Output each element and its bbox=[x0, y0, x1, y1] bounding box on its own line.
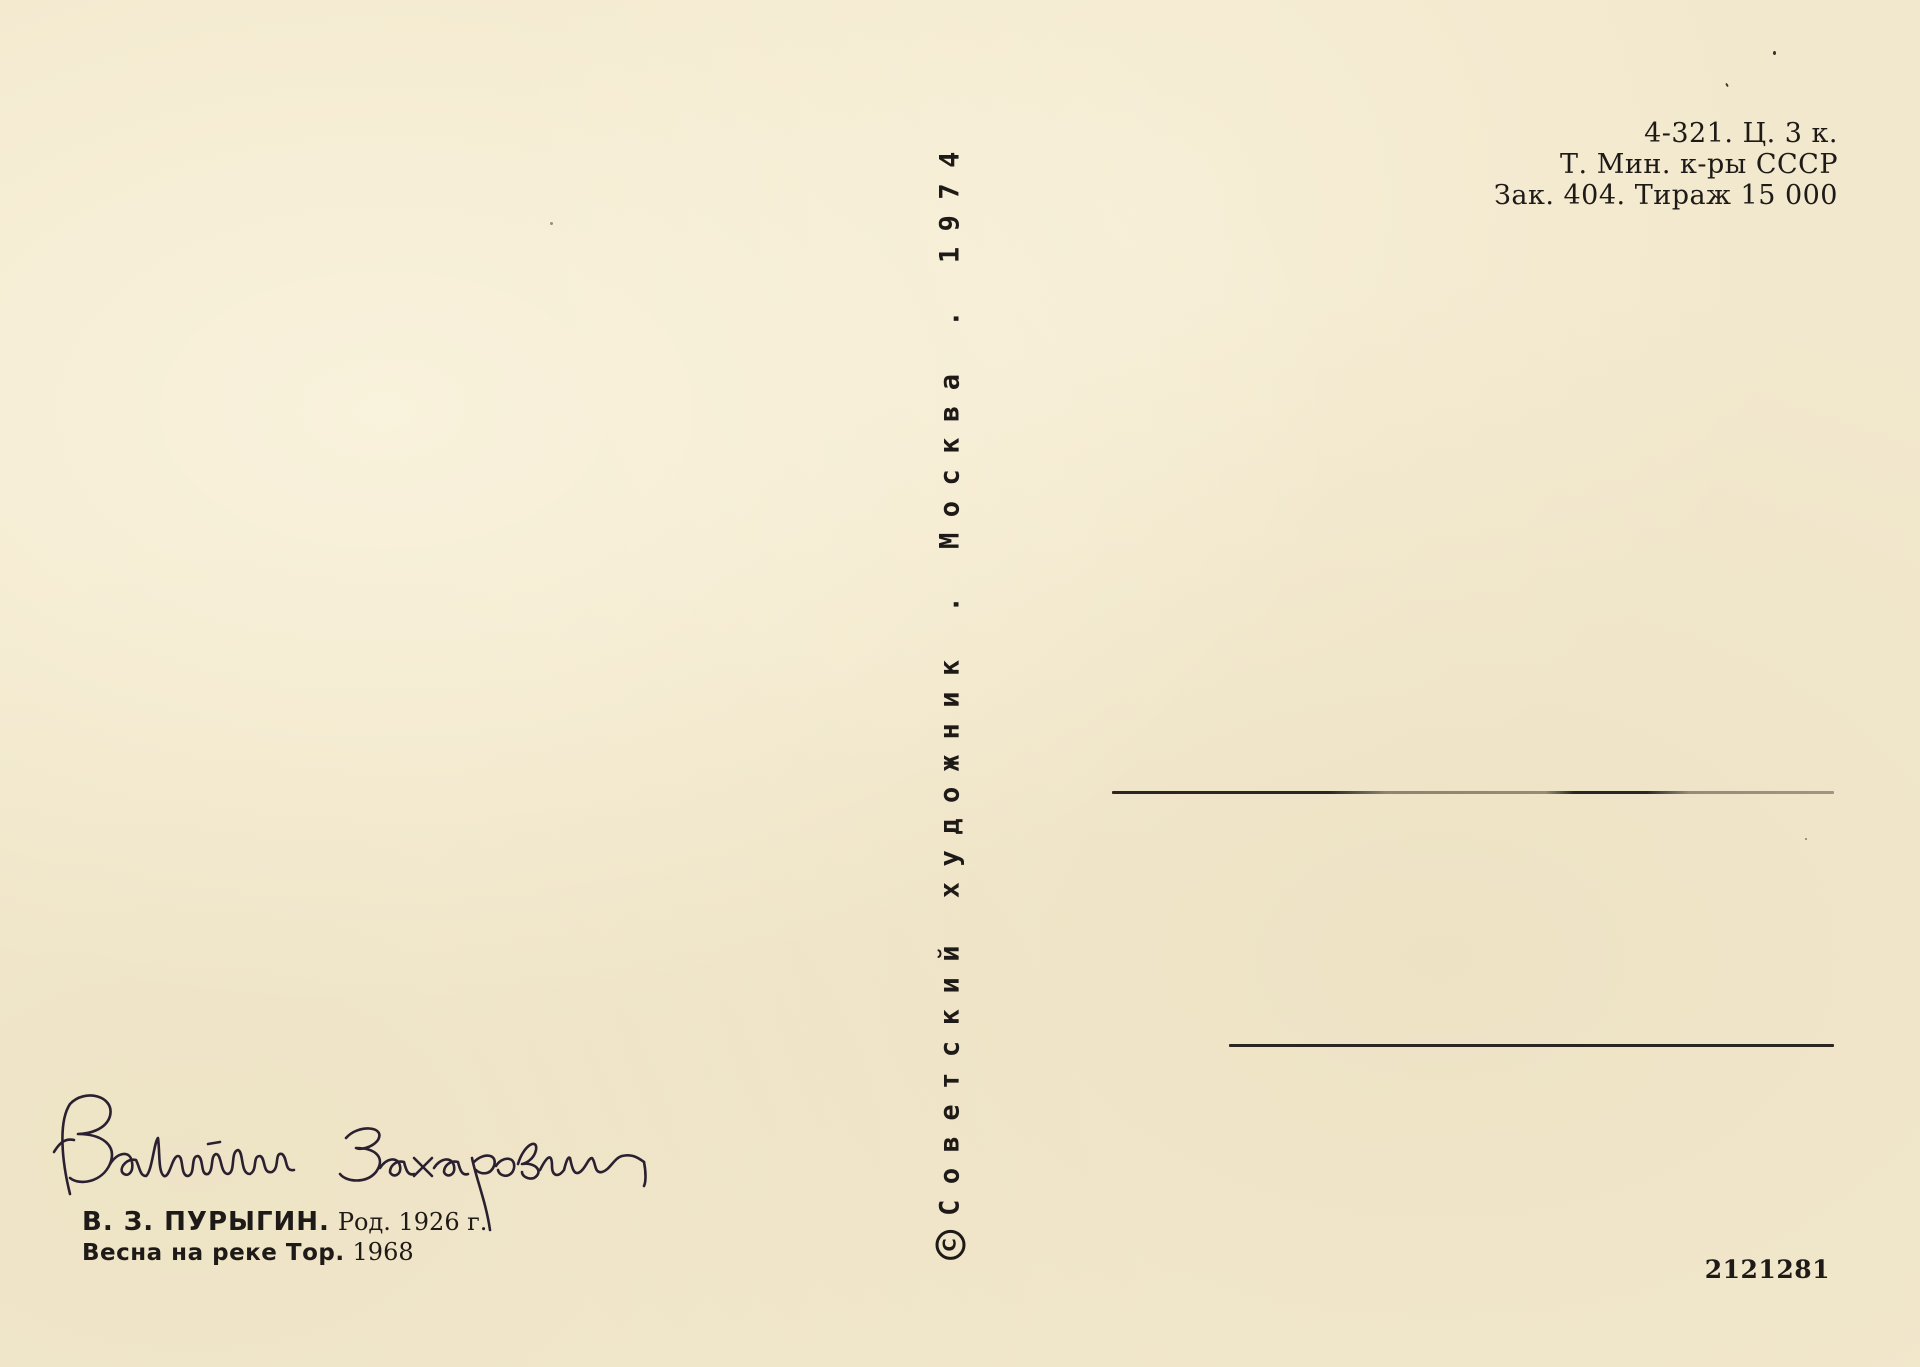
artwork-year: 1968 bbox=[353, 1238, 414, 1266]
artist-name: В. З. ПУРЫГИН. bbox=[82, 1207, 330, 1237]
publisher-text: C Советский художник . Москва . 1974 bbox=[935, 136, 966, 1260]
address-line-1 bbox=[1112, 791, 1834, 794]
paper-speck bbox=[1773, 51, 1776, 55]
postcard-back: 4-321. Ц. 3 к. Т. Мин. к-ры СССР Зак. 40… bbox=[0, 0, 1920, 1367]
imprint-order-line: Зак. 404. Тираж 15 000 bbox=[1494, 180, 1838, 211]
copyright-icon: C bbox=[935, 1230, 965, 1260]
address-line-2 bbox=[1229, 1044, 1834, 1047]
artwork-caption: В. З. ПУРЫГИН. Род. 1926 г. Весна на рек… bbox=[82, 1207, 487, 1268]
artwork-title: Весна на реке Тор. bbox=[82, 1240, 345, 1266]
publisher-divider: C Советский художник . Москва . 1974 bbox=[920, 118, 980, 1278]
imprint-printer-line: Т. Мин. к-ры СССР bbox=[1494, 149, 1838, 180]
artist-birth-year: Род. 1926 г. bbox=[338, 1208, 488, 1236]
catalog-number: 2121281 bbox=[1705, 1255, 1830, 1284]
imprint-price-line: 4-321. Ц. 3 к. bbox=[1494, 118, 1838, 149]
print-imprint: 4-321. Ц. 3 к. Т. Мин. к-ры СССР Зак. 40… bbox=[1494, 118, 1838, 211]
artist-line: В. З. ПУРЫГИН. Род. 1926 г. bbox=[82, 1207, 487, 1237]
paper-speck bbox=[1805, 838, 1807, 840]
publisher-label: Советский художник . Москва . 1974 bbox=[935, 136, 966, 1216]
paper-speck bbox=[550, 222, 553, 225]
paper-speck bbox=[1725, 83, 1729, 87]
artwork-line: Весна на реке Тор. 1968 bbox=[82, 1237, 487, 1268]
